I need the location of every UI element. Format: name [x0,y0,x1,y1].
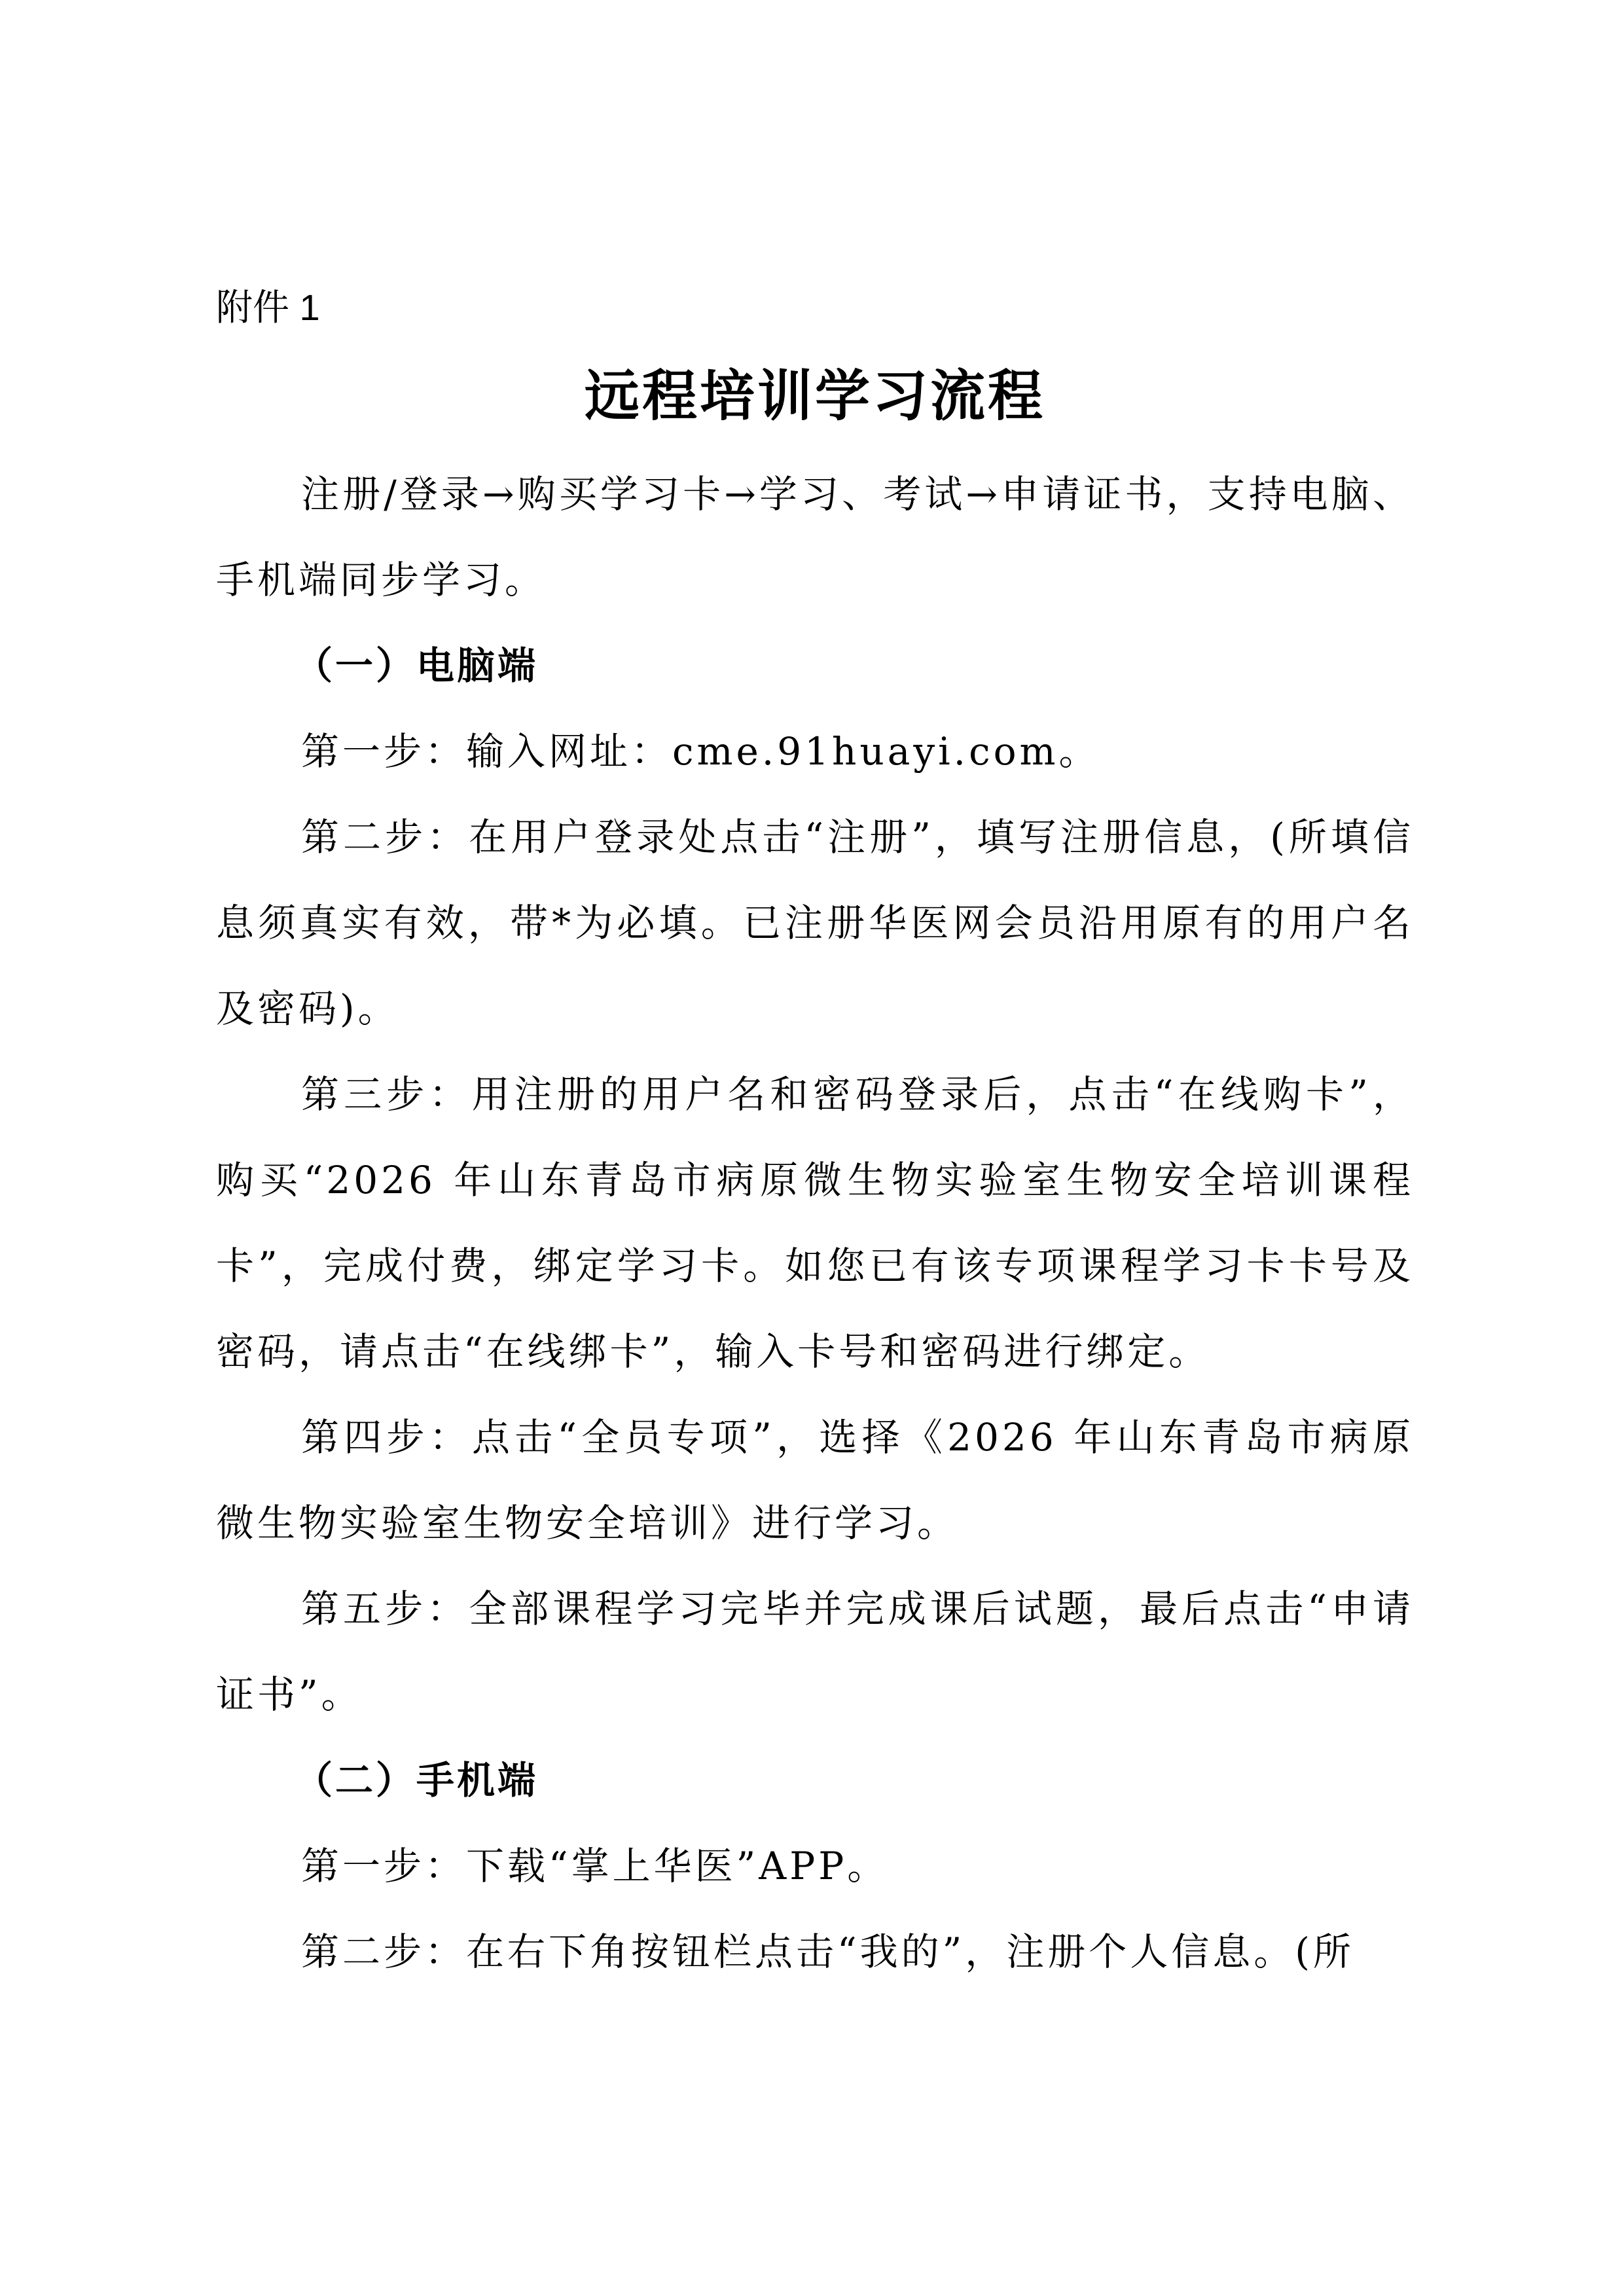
section-heading-pc: （一）电脑端 [216,623,1414,709]
intro-paragraph: 注册/登录→购买学习卡→学习、考试→申请证书，支持电脑、手机端同步学习。 [216,452,1414,623]
mobile-step-1: 第一步：下载“掌上华医”APP。 [216,1823,1414,1909]
document-page: 附件 1 远程培训学习流程 注册/登录→购买学习卡→学习、考试→申请证书，支持电… [216,275,1414,1995]
document-title: 远程培训学习流程 [216,347,1414,445]
pc-step-5: 第五步：全部课程学习完毕并完成课后试题，最后点击“申请证书”。 [216,1566,1414,1738]
section-heading-mobile: （二）手机端 [216,1738,1414,1823]
section-pc: （一）电脑端 第一步：输入网址：cme.91huayi.com。 第二步：在用户… [216,623,1414,1738]
pc-step-2: 第二步：在用户登录处点击“注册”，填写注册信息，(所填信息须真实有效，带*为必填… [216,795,1414,1052]
attachment-label: 附件 1 [216,275,1414,340]
pc-step-3: 第三步：用注册的用户名和密码登录后，点击“在线购卡”，购买“2026 年山东青岛… [216,1052,1414,1395]
pc-step-1: 第一步：输入网址：cme.91huayi.com。 [216,709,1414,795]
mobile-step-2: 第二步：在右下角按钮栏点击“我的”，注册个人信息。(所 [216,1909,1414,1995]
pc-step-4: 第四步：点击“全员专项”，选择《2026 年山东青岛市病原微生物实验室生物安全培… [216,1395,1414,1566]
section-mobile: （二）手机端 第一步：下载“掌上华医”APP。 第二步：在右下角按钮栏点击“我的… [216,1738,1414,1995]
